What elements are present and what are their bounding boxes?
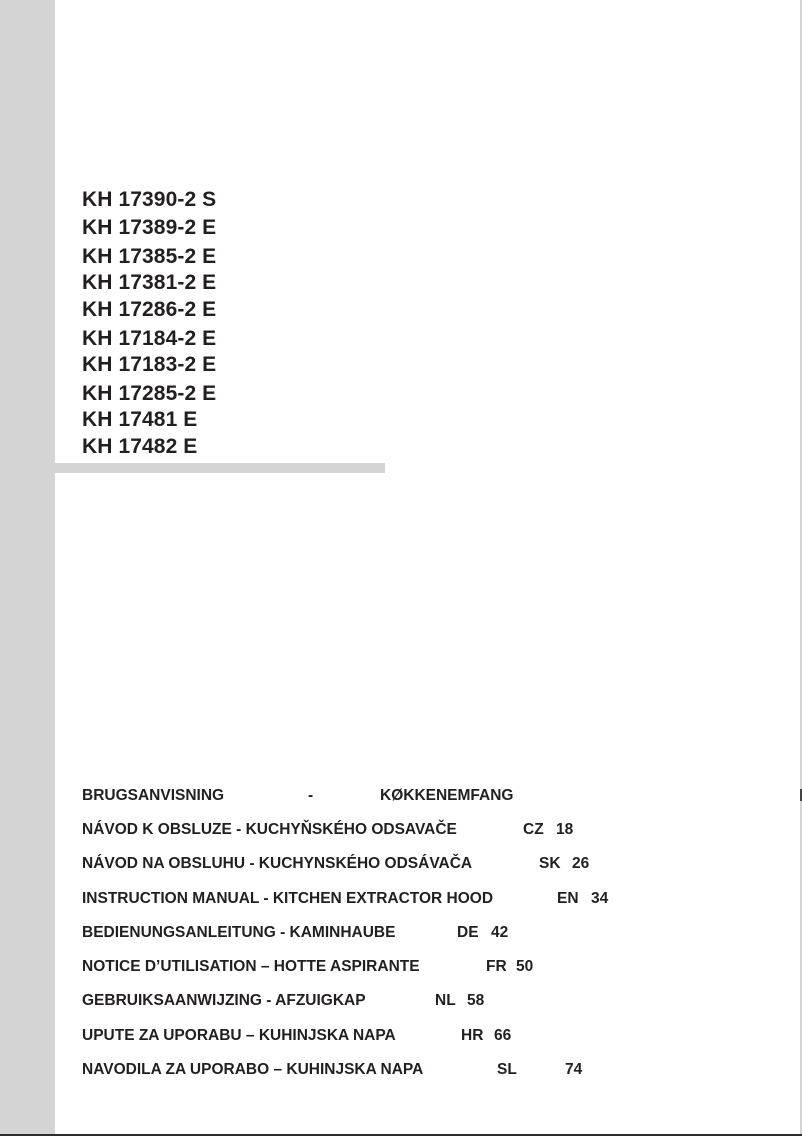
left-margin-bar — [0, 0, 55, 1134]
manual-entry-cz: NÁVOD K OBSLUZE - KUCHYŇSKÉHO ODSAVAČE C… — [82, 822, 457, 838]
language-code: CZ — [523, 822, 544, 838]
model-number: KH 17286-2 E — [82, 299, 216, 320]
manual-title: BEDIENUNGSANLEITUNG - KAMINHAUBE — [82, 925, 395, 941]
model-number: KH 17390-2 S — [82, 189, 216, 210]
manual-title: NÁVOD NA OBSLUHU - KUCHYNSKÉHO ODSÁVAČA — [82, 856, 472, 872]
page-number: 42 — [491, 925, 508, 941]
model-number: KH 17482 E — [82, 436, 197, 457]
manual-entry-en: INSTRUCTION MANUAL - KITCHEN EXTRACTOR H… — [82, 891, 493, 907]
manual-title: NÁVOD K OBSLUZE - KUCHYŇSKÉHO ODSAVAČE — [82, 822, 457, 838]
language-code: EN — [557, 891, 579, 907]
section-divider — [55, 463, 385, 473]
manual-title: UPUTE ZA UPORABU – KUHINJSKA NAPA — [82, 1028, 396, 1044]
manual-entry-de: BEDIENUNGSANLEITUNG - KAMINHAUBE DE 42 — [82, 925, 395, 941]
page-number: 50 — [516, 959, 533, 975]
manual-title: BRUGSANVISNING — [82, 788, 224, 804]
manual-entry-fr: NOTICE D’UTILISATION – HOTTE ASPIRANTE F… — [82, 959, 420, 975]
language-code: SK — [539, 856, 561, 872]
page-number: 74 — [565, 1062, 582, 1078]
page-number: 66 — [494, 1028, 511, 1044]
page-number: 18 — [556, 822, 573, 838]
manual-entry-sl: NAVODILA ZA UPORABO – KUHINJSKA NAPA SL … — [82, 1062, 423, 1078]
model-number: KH 17381-2 E — [82, 272, 216, 293]
language-code: SL — [497, 1062, 517, 1078]
manual-subtitle: KØKKENEMFANG — [380, 788, 513, 804]
page-number: 34 — [591, 891, 608, 907]
model-number: KH 17389-2 E — [82, 217, 216, 238]
manual-separator: - — [308, 788, 313, 804]
manual-entry-da: BRUGSANVISNING - KØKKENEMFANG — [82, 788, 224, 804]
page-number: 58 — [467, 993, 484, 1009]
manual-entry-hr: UPUTE ZA UPORABU – KUHINJSKA NAPA HR 66 — [82, 1028, 396, 1044]
page-number: 26 — [572, 856, 589, 872]
manual-title: INSTRUCTION MANUAL - KITCHEN EXTRACTOR H… — [82, 891, 493, 907]
language-code: HR — [461, 1028, 483, 1044]
model-number: KH 17481 E — [82, 409, 197, 430]
language-code: NL — [435, 993, 456, 1009]
manual-title: NAVODILA ZA UPORABO – KUHINJSKA NAPA — [82, 1062, 423, 1078]
manual-entry-sk: NÁVOD NA OBSLUHU - KUCHYNSKÉHO ODSÁVAČA … — [82, 856, 472, 872]
language-code: DE — [457, 925, 479, 941]
manual-entry-nl: GEBRUIKSAANWIJZING - AFZUIGKAP NL 58 — [82, 993, 366, 1009]
manual-title: NOTICE D’UTILISATION – HOTTE ASPIRANTE — [82, 959, 420, 975]
language-code: FR — [486, 959, 507, 975]
model-number: KH 17285-2 E — [82, 383, 216, 404]
model-number: KH 17184-2 E — [82, 328, 216, 349]
model-number: KH 17183-2 E — [82, 354, 216, 375]
manual-title: GEBRUIKSAANWIJZING - AFZUIGKAP — [82, 993, 366, 1009]
model-number: KH 17385-2 E — [82, 246, 216, 267]
